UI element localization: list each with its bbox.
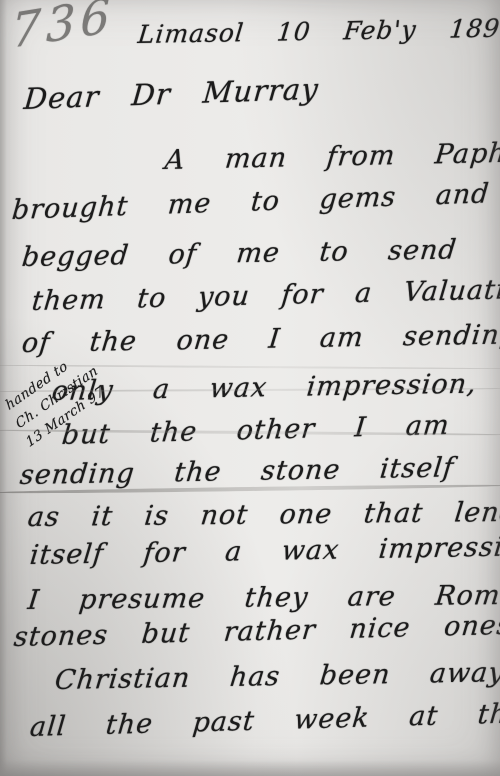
body-line: all the past week at the — [29, 698, 500, 743]
body-line: of the one I am sending — [20, 319, 500, 359]
body-line: brought me to gems and — [11, 178, 491, 226]
body-line: itself for a wax impression — [28, 531, 500, 571]
body-line: only a wax impression, — [50, 369, 478, 407]
body-line: sending the stone itself — [18, 452, 455, 491]
dateline: Limasol 10 Feb'y 1897 — [136, 13, 500, 49]
archive-number: 736 — [11, 0, 115, 60]
body-line: stones but rather nice ones — [12, 610, 500, 653]
body-line: as it is not one that lends — [26, 497, 500, 533]
letter-page: 736 Limasol 10 Feb'y 1897 Dear Dr Murray… — [0, 0, 500, 776]
body-line: I presume they are Roman — [26, 580, 500, 616]
body-line: them to you for a Valuation, — [30, 273, 500, 317]
body-line: Christian has been away — [53, 657, 500, 696]
body-line: A man from Papho — [163, 137, 500, 176]
body-line: but the other I am — [61, 410, 452, 451]
salutation: Dear Dr Murray — [23, 72, 321, 116]
body-line: begged of me to send — [20, 234, 458, 273]
